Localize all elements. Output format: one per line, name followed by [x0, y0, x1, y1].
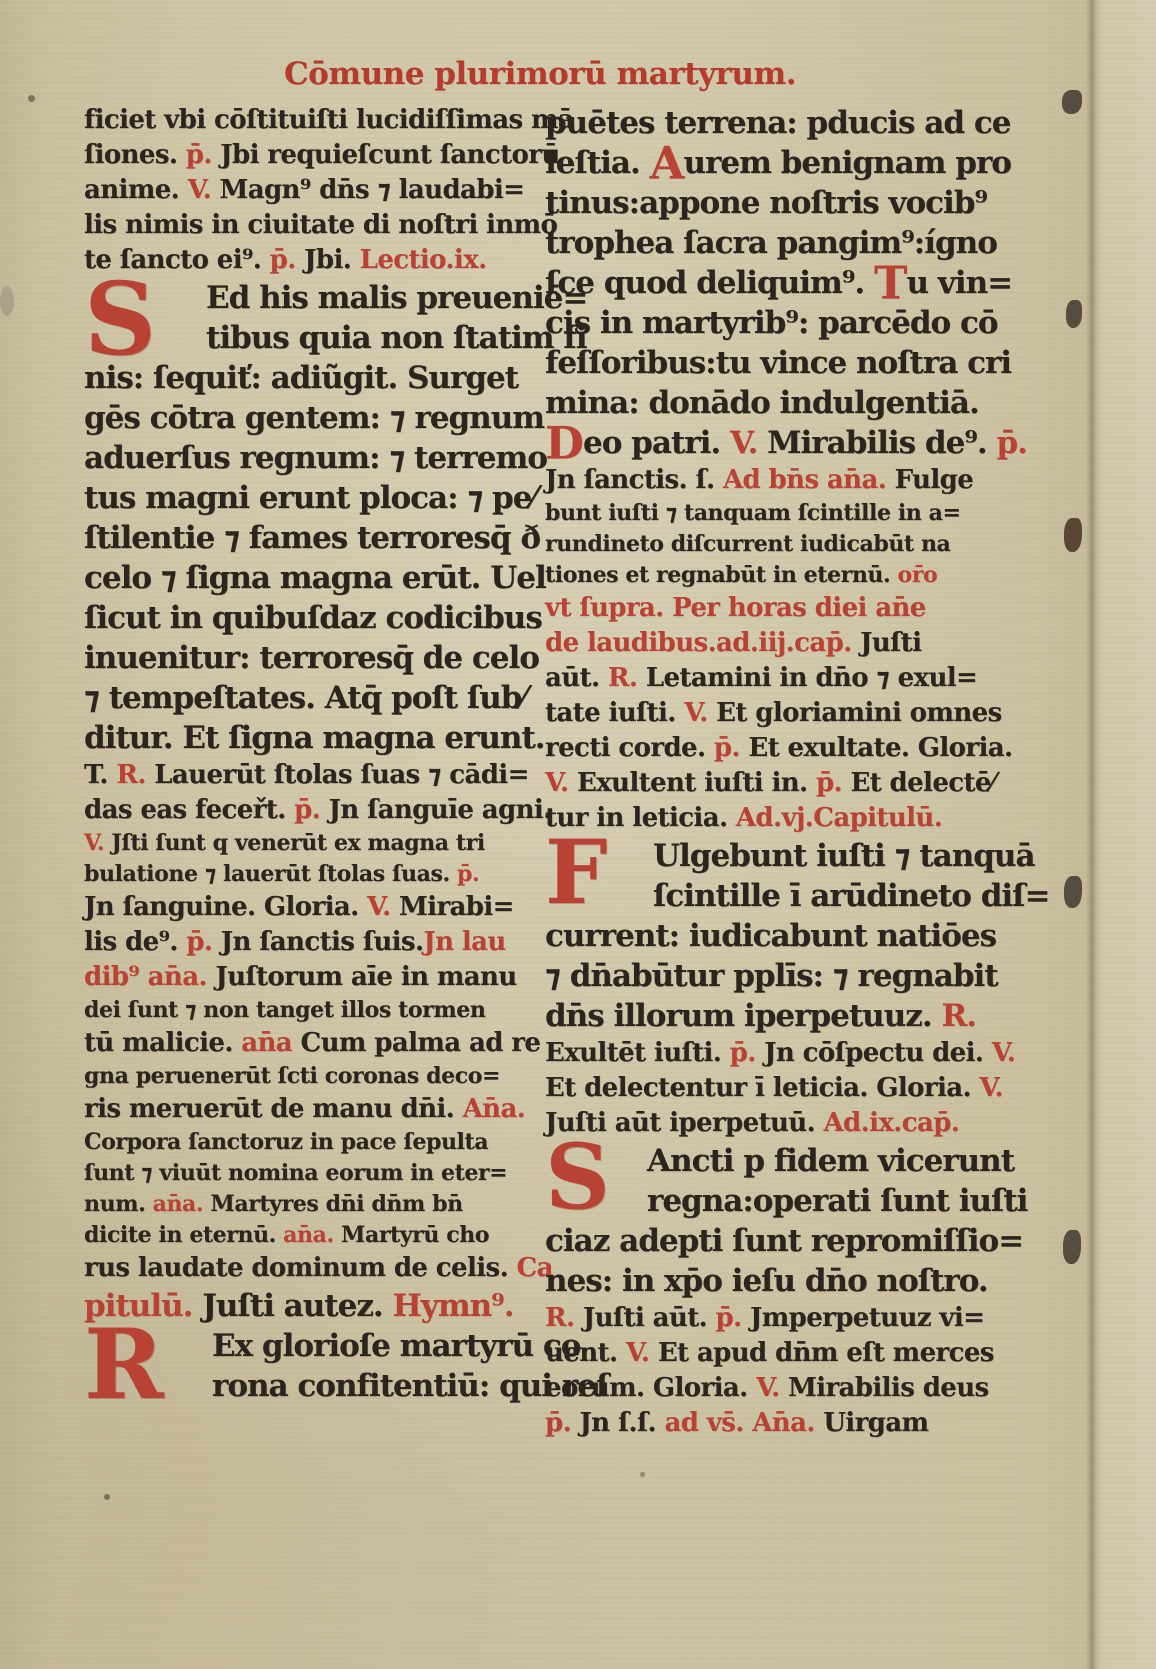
text-line: lis nimis in ciuitate di noſtri inmō	[84, 208, 531, 243]
text-line: das eas feceřt. p̄. Jn ſanguīe agni.	[84, 793, 531, 828]
text-line: Deo patri. V. Mirabilis de⁹. p̄.	[545, 423, 1013, 463]
rubric-segment: an̄a.	[145, 1191, 210, 1217]
rubric-segment: an̄a.	[276, 1222, 341, 1248]
text-segment: ſcintille ī arūdineto diſ=	[653, 878, 1049, 914]
rubric-segment: p̄.	[716, 1303, 750, 1333]
text-line: ⁊ dn̄abūtur pplīs: ⁊ regnabit	[545, 956, 1013, 996]
rubric-segment: p̄.	[450, 861, 480, 887]
text-line: p̄. Jn ſ.ſ. ad vs̄. An̄a. Uirgam	[545, 1406, 1013, 1441]
text-segment: ⁊ dn̄abūtur pplīs: ⁊ regnabit	[545, 958, 998, 994]
text-line: FUlgebunt iuſti ⁊ tanquā	[545, 836, 1013, 876]
rubric-segment: p̄.	[545, 1408, 579, 1438]
text-segment: tibus quia non ſtatim fi	[206, 320, 587, 356]
text-line: de laudibus.ad.iij.cap̄. Juſti	[545, 626, 1013, 661]
text-line: ciaz adepti ſunt repromiſſio=	[545, 1221, 1013, 1261]
text-line: dib⁹ an̄a. Juſtorum aīe in manu	[84, 960, 531, 995]
text-segment: gna peruenerūt ſcti coronas deco=	[84, 1063, 500, 1089]
column-left: ficiet vbi cōſtituiſti lucidiſſimas māſi…	[84, 103, 531, 1406]
text-line: bunt iuſti ⁊ tanquam ſcintille in a=	[545, 498, 1013, 529]
text-line: ſicut in quibuſdaz codicibus	[84, 598, 531, 638]
text-line: tus magni erunt ploca: ⁊ pe⁄	[84, 478, 531, 518]
rubric-segment: p̄.	[816, 768, 850, 798]
text-segment: Jbi requieſcunt ſanctorū	[220, 140, 559, 170]
text-segment: Ex glorioſe martyrū co	[212, 1328, 580, 1364]
text-line: tur in leticia. Ad.vj.Capitulū.	[545, 801, 1013, 836]
rubric-segment: A	[650, 136, 684, 189]
text-line: bulatione ⁊ lauerūt ſtolas ſuas. p̄.	[84, 859, 531, 890]
rubric-segment: R.	[116, 760, 154, 790]
text-line: ſtilentie ⁊ fames terroresq̄ ð	[84, 518, 531, 558]
margin-smudge	[0, 286, 14, 316]
text-segment: ſce quod deliquim⁹.	[545, 265, 874, 301]
rubric-segment: D	[545, 416, 583, 469]
text-segment: das eas feceřt.	[84, 795, 286, 825]
text-segment: Martyrū cho	[341, 1222, 489, 1248]
text-segment: rus laudate dominum de celis.	[84, 1253, 508, 1283]
text-segment: bulatione ⁊ lauerūt ſtolas ſuas.	[84, 861, 450, 887]
text-segment: bunt iuſti ⁊ tanquam ſcintille in a=	[545, 500, 961, 526]
text-segment: Martyres dn̄i dn̄m bn̄	[210, 1191, 462, 1217]
rubric-segment: V.	[545, 768, 577, 798]
rubric-segment: or̄o	[898, 562, 938, 588]
text-line: puētes terrena: pducis ad ce	[545, 103, 1013, 143]
text-line: uent. V. Et apud dn̄m eſt merces	[545, 1336, 1013, 1371]
rubric-segment: Jn lau	[423, 927, 505, 957]
text-segment: Cum palma ad re	[300, 1028, 540, 1058]
text-segment: ditur. Et ſigna magna erunt.	[84, 720, 545, 756]
text-segment: mina: donādo indulgentiā.	[545, 385, 979, 421]
text-segment: uent.	[545, 1338, 626, 1368]
text-line: rundineto diſcurrent iudicabūt na	[545, 529, 1013, 560]
text-segment: aduerſus regnum: ⁊ terremo	[84, 440, 547, 476]
rubric-segment: de laudibus.ad.iij.cap̄.	[545, 628, 860, 658]
rubric-segment: p̄.	[261, 245, 304, 275]
text-segment: tiones et regnabūt in eternū.	[545, 562, 898, 588]
text-line: Et delectentur ī leticia. Gloria. V.	[545, 1071, 1013, 1106]
text-line: SEd his malis preueniē=	[84, 278, 531, 318]
drop-cap-initial: S	[84, 278, 155, 360]
rubric-segment: R.	[545, 1303, 583, 1333]
text-segment: Fulge	[895, 465, 974, 495]
text-line: regna:operati ſunt iuſti	[545, 1181, 1013, 1221]
text-segment: Et exultate. Gloria.	[748, 733, 1012, 763]
text-line: REx glorioſe martyrū co	[84, 1326, 531, 1366]
text-segment: Mirabilis de⁹.	[767, 425, 996, 461]
text-line: Jn ſanctis. ſ. Ad bn̄s an̄a. Fulge	[545, 463, 1013, 498]
text-segment: Mirabilis deus	[788, 1373, 989, 1403]
text-line: ſcintille ī arūdineto diſ=	[545, 876, 1013, 916]
text-line: anime. V. Magn⁹ dn̄s ⁊ laudabi=	[84, 173, 531, 208]
text-segment: Jmperpetuuz vi=	[750, 1303, 984, 1333]
text-line: vt ſupra. Per horas diei an̄e	[545, 591, 1013, 626]
text-segment: Magn⁹ dn̄s ⁊ laudabi=	[220, 175, 525, 205]
text-line: lis de⁹. p̄. Jn ſanctis ſuis.Jn lau	[84, 925, 531, 960]
rubric-segment: R.	[941, 998, 976, 1034]
text-line: R. Juſti aūt. p̄. Jmperpetuuz vi=	[545, 1301, 1013, 1336]
text-line: ficiet vbi cōſtituiſti lucidiſſimas mā	[84, 103, 531, 138]
rubric-segment: V.	[979, 1073, 1002, 1103]
text-line: T. R. Lauerūt ſtolas ſuas ⁊ cādi=	[84, 758, 531, 793]
text-segment: Uirgam	[823, 1408, 928, 1438]
text-segment: ciaz adepti ſunt repromiſſio=	[545, 1223, 1023, 1259]
text-segment: Et apud dn̄m eſt merces	[658, 1338, 994, 1368]
text-segment: lis nimis in ciuitate di noſtri inmō	[84, 210, 557, 240]
text-line: mina: donādo indulgentiā.	[545, 383, 1013, 423]
text-segment: celo ⁊ ſigna magna erūt. Uel	[84, 560, 546, 596]
text-segment: ficiet vbi cōſtituiſti lucidiſſimas mā	[84, 105, 574, 135]
text-line: tiones et regnabūt in eternū. or̄o	[545, 560, 1013, 591]
rubric-segment: p̄.	[730, 1038, 764, 1068]
rubric-segment: V.	[730, 425, 767, 461]
page-edge-mark	[1064, 518, 1082, 552]
running-title: Cōmune plurimorū martyrum.	[60, 56, 1020, 92]
text-segment: Jn ſanctis. ſ.	[545, 465, 723, 495]
text-segment: Exultent iuſti in.	[577, 768, 816, 798]
text-line: ſce quod deliquim⁹. Tu vin=	[545, 263, 1013, 303]
text-segment: dicite in eternū.	[84, 1222, 276, 1248]
text-segment: Juſti aūt.	[583, 1303, 716, 1333]
drop-cap-initial: S	[545, 1141, 609, 1215]
text-line: num. an̄a. Martyres dn̄i dn̄m bn̄	[84, 1189, 531, 1220]
text-line: V. Jſti ſunt q venerūt ex magna tri	[84, 828, 531, 859]
text-line: tinus:appone noſtris vocib⁹	[545, 183, 1013, 223]
text-line: tate iuſti. V. Et gloriamini omnes	[545, 696, 1013, 731]
text-line: SAncti p fidem vicerunt	[545, 1141, 1013, 1181]
text-segment: Jn ſanguine. Gloria.	[84, 892, 359, 922]
text-segment: tate iuſti.	[545, 698, 684, 728]
rubric-segment: an̄a	[233, 1028, 301, 1058]
text-segment: tū malicie.	[84, 1028, 233, 1058]
page-edge-mark	[1063, 1230, 1081, 1264]
rubric-segment: p̄.	[997, 425, 1027, 461]
text-segment: ris meruerūt de manu dn̄i.	[84, 1094, 463, 1124]
text-segment: gēs cōtra gentem: ⁊ regnum	[84, 400, 544, 436]
text-segment: leſtia.	[545, 145, 650, 181]
rubric-segment: V.	[992, 1038, 1015, 1068]
text-segment: ſicut in quibuſdaz codicibus	[84, 600, 542, 636]
rubric-segment: R.	[608, 663, 646, 693]
text-segment: recti corde.	[545, 733, 714, 763]
text-segment: Jn ſanctis ſuis.	[221, 927, 424, 957]
text-segment: Juſti	[860, 628, 921, 658]
text-segment: puētes terrena: pducis ad ce	[545, 105, 1010, 141]
text-line: tū malicie. an̄a Cum palma ad re	[84, 1026, 531, 1061]
rubric-segment: Hymn⁹.	[393, 1288, 514, 1324]
text-line: feſſoribus:tu vince noſtra cri	[545, 343, 1013, 383]
text-segment: anime.	[84, 175, 179, 205]
page-edge-mark	[1066, 300, 1082, 328]
rubric-segment: dib⁹ an̄a.	[84, 962, 215, 992]
text-line: trophea ſacra pangim⁹:ígno	[545, 223, 1013, 263]
text-segment: Jn ſanguīe agni.	[329, 795, 552, 825]
rubric-segment: Ad.ix.cap̄.	[823, 1108, 959, 1138]
text-segment: u vin=	[906, 265, 1012, 301]
text-line: inuenitur: terroresq̄ de celo	[84, 638, 531, 678]
text-line: ſunt ⁊ viuūt nomina eorum in eter=	[84, 1158, 531, 1189]
text-line: gna peruenerūt ſcti coronas deco=	[84, 1061, 531, 1092]
rubric-segment: p̄.	[177, 140, 220, 170]
text-segment: Ed his malis preueniē=	[206, 280, 587, 316]
gutter-crease	[1086, 0, 1100, 1669]
text-segment: Et delectē⁄	[850, 768, 994, 798]
text-line: ris meruerūt de manu dn̄i. An̄a.	[84, 1092, 531, 1127]
text-line: recti corde. p̄. Et exultate. Gloria.	[545, 731, 1013, 766]
text-segment: urem benignam pro	[683, 145, 1010, 181]
text-segment: Juſti autez.	[202, 1288, 392, 1324]
rubric-segment: p̄.	[714, 733, 748, 763]
text-segment: eo patri.	[583, 425, 730, 461]
text-segment: cis in martyrib⁹: parcēdo cō	[545, 305, 998, 341]
page-edge-mark	[1064, 876, 1082, 908]
rubric-segment: Ad.vj.Capitulū.	[736, 803, 942, 833]
text-line: V. Exultent iuſti in. p̄. Et delectē⁄	[545, 766, 1013, 801]
text-line: leſtia. Aurem benignam pro	[545, 143, 1013, 183]
text-line: dei ſunt ⁊ non tanget illos tormen	[84, 995, 531, 1026]
drop-cap-initial: R	[84, 1326, 163, 1405]
text-segment: T.	[84, 760, 116, 790]
text-segment: Jn ſ.ſ.	[579, 1408, 664, 1438]
text-line: gēs cōtra gentem: ⁊ regnum	[84, 398, 531, 438]
text-segment: tus magni erunt ploca: ⁊ pe⁄	[84, 480, 536, 516]
text-line: aduerſus regnum: ⁊ terremo	[84, 438, 531, 478]
rubric-segment: V.	[359, 892, 399, 922]
text-segment: lis de⁹.	[84, 927, 178, 957]
text-line: ſiones. p̄. Jbi requieſcunt ſanctorū	[84, 138, 531, 173]
text-line: Corpora ſanctoruz in pace ſepulta	[84, 1127, 531, 1158]
text-segment: ſunt ⁊ viuūt nomina eorum in eter=	[84, 1160, 507, 1186]
text-segment: num.	[84, 1191, 145, 1217]
text-line: current: iudicabunt natiōes	[545, 916, 1013, 956]
text-segment: dei ſunt ⁊ non tanget illos tormen	[84, 997, 485, 1023]
text-line: dn̄s illorum iperpetuuz. R.	[545, 996, 1013, 1036]
rubric-segment: Ad bn̄s an̄a.	[723, 465, 895, 495]
page-edge-mark	[1062, 90, 1082, 114]
text-segment: Letamini in dn̄o ⁊ exul=	[646, 663, 977, 693]
rubric-segment: p̄.	[286, 795, 329, 825]
text-segment: Ulgebunt iuſti ⁊ tanquā	[653, 838, 1035, 874]
text-segment: Jbi.	[304, 245, 359, 275]
rubric-segment: Lectio.ix.	[360, 245, 487, 275]
rubric-segment: V.	[756, 1373, 788, 1403]
text-line: ⁊ tempeſtates. Atq̄ poſt ſub⁄	[84, 678, 531, 718]
text-line: rus laudate dominum de celis. Ca	[84, 1251, 531, 1286]
text-line: Juſti aūt iperpetuū. Ad.ix.cap̄.	[545, 1106, 1013, 1141]
text-line: Jn ſanguine. Gloria. V. Mirabi=	[84, 890, 531, 925]
rubric-segment: ad vs̄. An̄a.	[664, 1408, 823, 1438]
text-segment: trophea ſacra pangim⁹:ígno	[545, 225, 997, 261]
text-segment: Et gloriamini omnes	[716, 698, 1001, 728]
text-segment: ſiones.	[84, 140, 177, 170]
ink-speck	[640, 1472, 645, 1477]
text-line: dicite in eternū. an̄a. Martyrū cho	[84, 1220, 531, 1251]
text-segment: Ancti p fidem vicerunt	[647, 1143, 1014, 1179]
text-segment: ⁊ tempeſtates. Atq̄ poſt ſub⁄	[84, 680, 526, 716]
text-segment: regna:operati ſunt iuſti	[647, 1183, 1027, 1219]
column-right: puētes terrena: pducis ad celeſtia. Aure…	[545, 103, 1013, 1441]
text-line: ditur. Et ſigna magna erunt.	[84, 718, 531, 758]
text-segment: inuenitur: terroresq̄ de celo	[84, 640, 539, 676]
text-line: Exultēt iuſti. p̄. Jn cōſpectu dei. V.	[545, 1036, 1013, 1071]
incunable-page: Cōmune plurimorū martyrum. ficiet vbi cō…	[0, 0, 1156, 1669]
text-segment: Exultēt iuſti.	[545, 1038, 730, 1068]
text-segment: rundineto diſcurrent iudicabūt na	[545, 531, 950, 557]
text-segment: ſtilentie ⁊ fames terroresq̄ ð	[84, 520, 540, 556]
text-line: eorum. Gloria. V. Mirabilis deus	[545, 1371, 1013, 1406]
text-segment: current: iudicabunt natiōes	[545, 918, 996, 954]
text-segment: Mirabi=	[399, 892, 514, 922]
rubric-segment: V.	[84, 830, 111, 856]
text-segment: dn̄s illorum iperpetuuz.	[545, 998, 941, 1034]
text-line: celo ⁊ ſigna magna erūt. Uel	[84, 558, 531, 598]
text-segment: eorum. Gloria.	[545, 1373, 756, 1403]
rubric-segment: vt ſupra. Per horas diei an̄e	[545, 593, 926, 623]
rubric-segment: V.	[684, 698, 716, 728]
rubric-segment: An̄a.	[463, 1094, 526, 1124]
drop-cap-initial: F	[545, 836, 606, 908]
ink-speck	[28, 95, 35, 102]
rubric-segment: T	[874, 256, 906, 309]
text-segment: Corpora ſanctoruz in pace ſepulta	[84, 1129, 488, 1155]
text-line: nes: in xp̄o ieſu dn̄o noſtro.	[545, 1261, 1013, 1301]
rubric-segment: p̄.	[178, 927, 221, 957]
text-segment: Lauerūt ſtolas ſuas ⁊ cādi=	[154, 760, 529, 790]
text-line: cis in martyrib⁹: parcēdo cō	[545, 303, 1013, 343]
text-segment: Et delectentur ī leticia. Gloria.	[545, 1073, 979, 1103]
text-segment: feſſoribus:tu vince noſtra cri	[545, 345, 1011, 381]
text-segment: tinus:appone noſtris vocib⁹	[545, 185, 987, 221]
text-segment: aūt.	[545, 663, 608, 693]
text-segment: Jſti ſunt q venerūt ex magna tri	[111, 830, 484, 856]
rubric-segment: V.	[179, 175, 219, 205]
ink-speck	[104, 1494, 110, 1500]
text-segment: nes: in xp̄o ieſu dn̄o noſtro.	[545, 1263, 988, 1299]
text-segment: Juſtorum aīe in manu	[215, 962, 516, 992]
rubric-segment: V.	[626, 1338, 658, 1368]
text-segment: Jn cōſpectu dei.	[764, 1038, 992, 1068]
text-line: aūt. R. Letamini in dn̄o ⁊ exul=	[545, 661, 1013, 696]
